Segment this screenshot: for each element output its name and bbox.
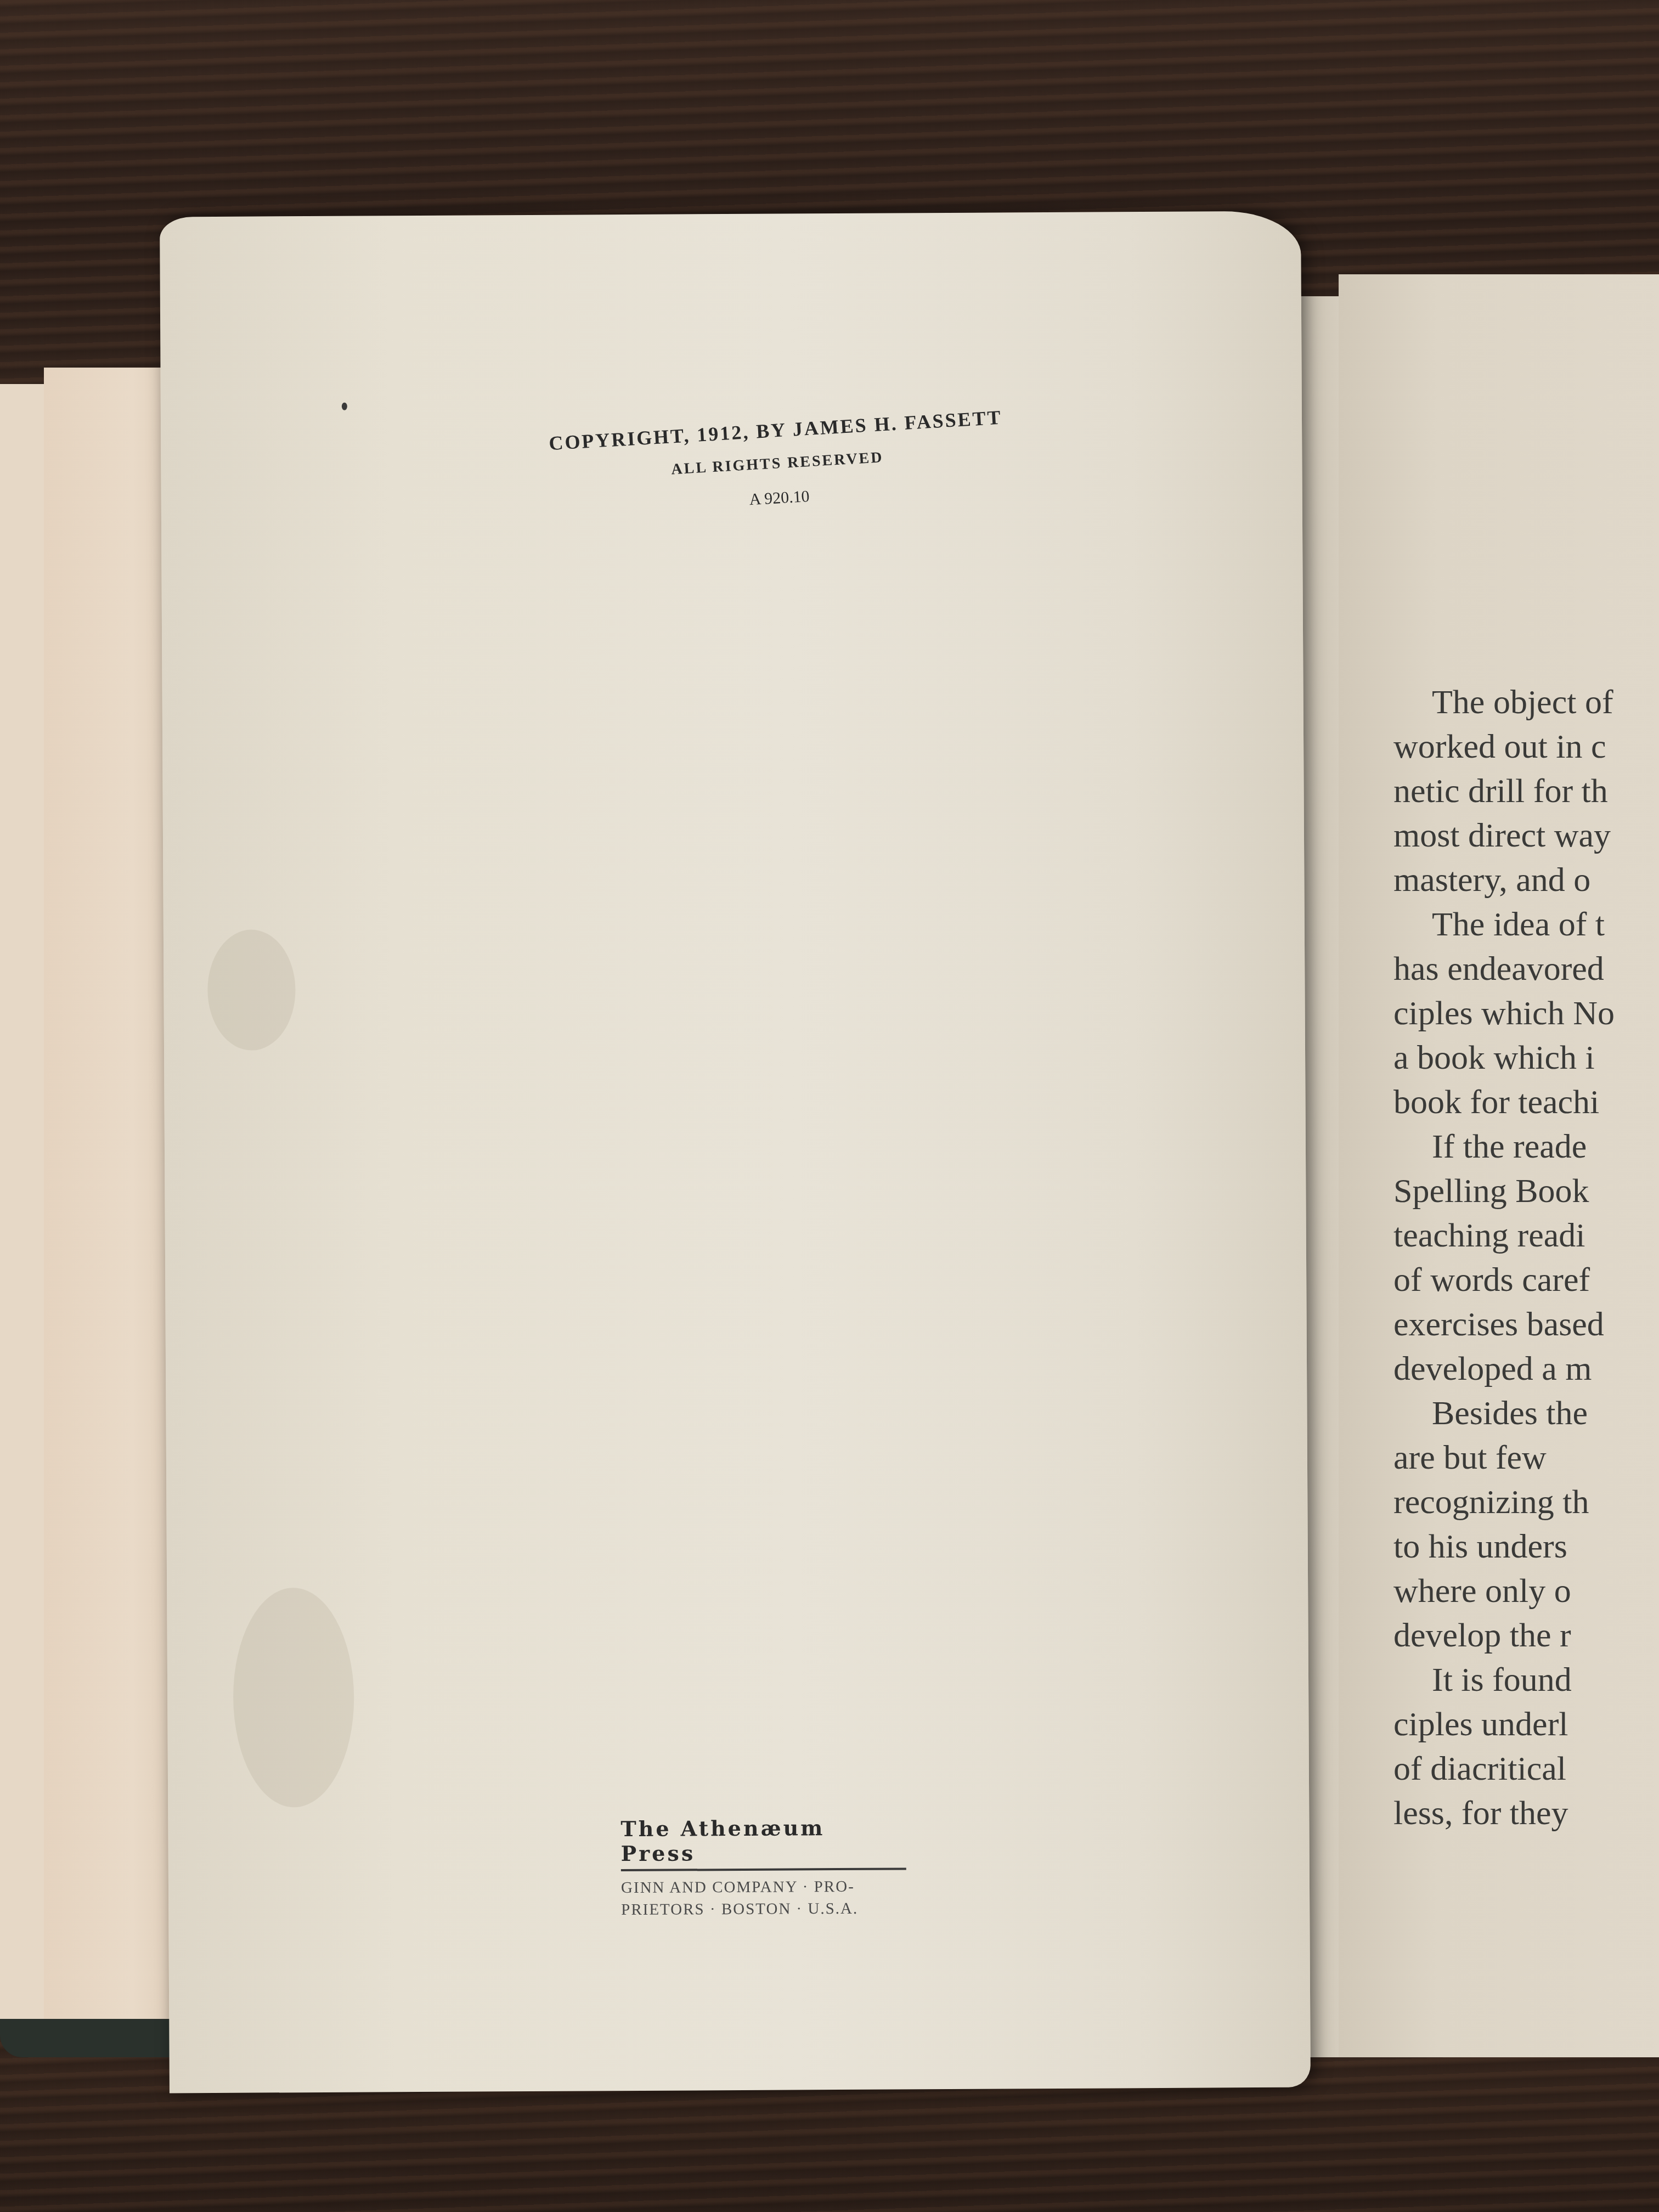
publisher-line-2: PRIETORS · BOSTON · U.S.A.: [621, 1897, 906, 1921]
text-line: mastery, and o: [1393, 858, 1659, 902]
text-line: Besides the: [1393, 1391, 1659, 1436]
text-line: a book which i: [1393, 1036, 1659, 1080]
text-line: most direct way: [1393, 814, 1659, 858]
page-smudge: [207, 929, 296, 1051]
text-line: ciples underl: [1393, 1702, 1659, 1747]
text-line: to his unders: [1393, 1525, 1659, 1569]
printer-imprint: The Athenæum Press GINN AND COMPANY · PR…: [620, 1815, 906, 1921]
text-line: recognizing th: [1393, 1480, 1659, 1525]
text-line: The idea of t: [1393, 902, 1659, 947]
copyright-notice: COPYRIGHT, 1912, BY JAMES H. FASSETT ALL…: [501, 403, 1054, 523]
text-line: where only o: [1393, 1569, 1659, 1613]
text-line: The object of: [1393, 680, 1659, 725]
preface-text: The object of worked out in c netic dril…: [1393, 680, 1659, 1836]
publisher-line-1: GINN AND COMPANY · PRO-: [621, 1875, 906, 1899]
text-line: less, for they: [1393, 1791, 1659, 1836]
page-smudge: [233, 1588, 354, 1808]
text-line: Spelling Book: [1393, 1169, 1659, 1214]
text-line: developed a m: [1393, 1347, 1659, 1391]
text-line: of diacritical: [1393, 1747, 1659, 1791]
text-line: It is found: [1393, 1658, 1659, 1702]
copyright-page: COPYRIGHT, 1912, BY JAMES H. FASSETT ALL…: [160, 211, 1311, 2093]
text-line: of words caref: [1393, 1258, 1659, 1302]
text-line: develop the r: [1393, 1613, 1659, 1658]
text-line: are but few: [1393, 1436, 1659, 1480]
text-line: netic drill for th: [1393, 769, 1659, 814]
text-line: If the reade: [1393, 1125, 1659, 1169]
press-name: The Athenæum Press: [620, 1815, 906, 1871]
text-line: book for teachi: [1393, 1080, 1659, 1125]
ink-speck: [342, 403, 347, 410]
text-line: ciples which No: [1393, 991, 1659, 1036]
book-cover-edge: [0, 384, 50, 2019]
text-line: teaching readi: [1393, 1214, 1659, 1258]
text-line: has endeavored: [1393, 947, 1659, 991]
text-line: worked out in c: [1393, 725, 1659, 769]
text-line: exercises based: [1393, 1302, 1659, 1347]
